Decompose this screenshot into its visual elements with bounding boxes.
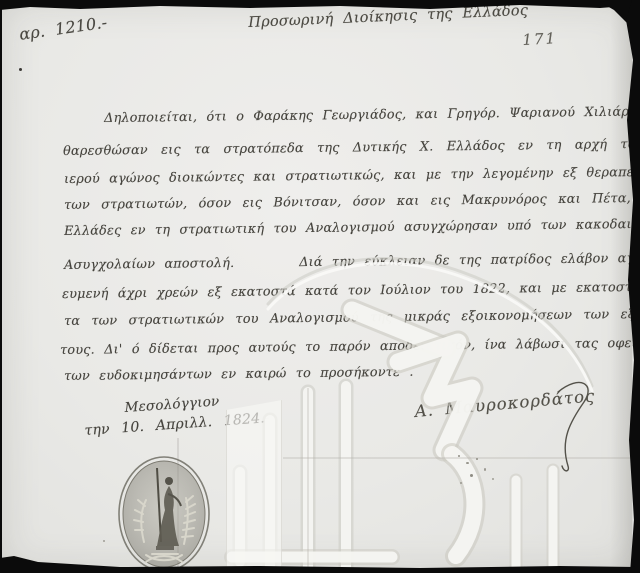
ink-speck [19,68,22,71]
dust-speck [460,482,462,484]
scan-edge-left [0,0,2,573]
dust-speck [466,462,469,464]
official-seal-icon [116,454,212,573]
dust-speck [470,474,473,477]
embossed-watermark-icon [0,0,640,573]
dust-speck [103,540,105,542]
paper-repair-strip [226,400,282,573]
signature-flourish-icon [540,378,610,473]
scanned-document-page: αρ. 1210.- Προσωρινή Διοίκησις της Ελλάδ… [0,0,640,573]
dust-speck [476,458,478,460]
dust-speck [484,468,486,471]
dust-speck [492,478,494,480]
paper-crease-vertical [307,388,309,573]
dust-speck [458,455,460,457]
